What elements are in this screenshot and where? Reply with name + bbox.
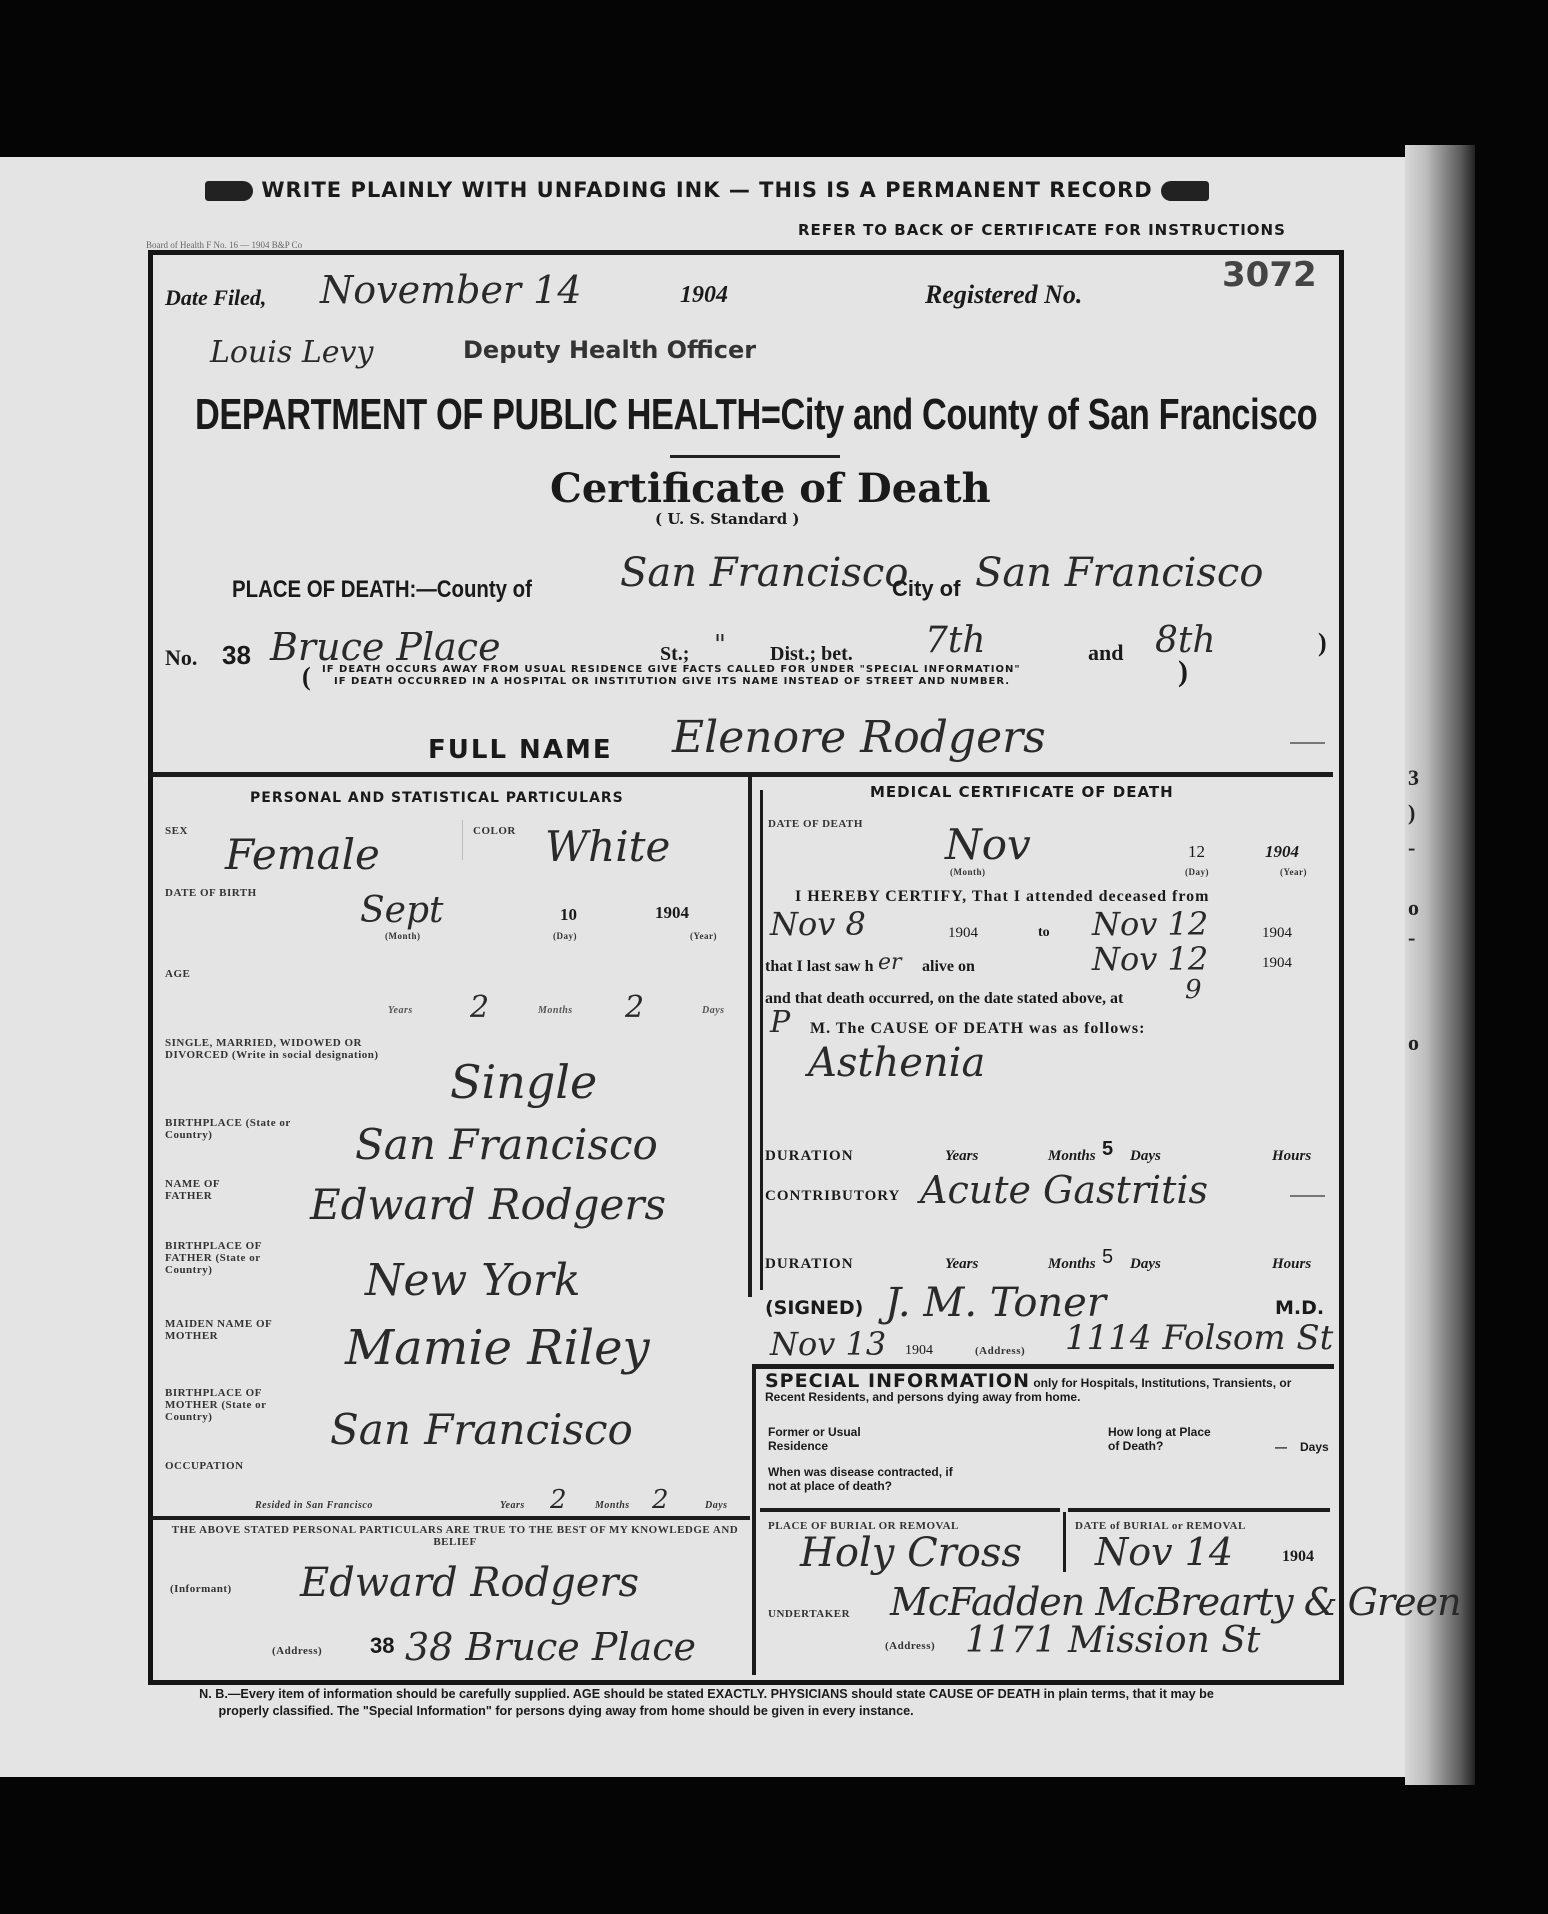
dod-year-caption: (Year) <box>1280 866 1307 878</box>
days-label: Days <box>1130 1256 1161 1273</box>
marital-value: Single <box>450 1055 597 1109</box>
informant-address-label: (Address) <box>272 1645 322 1657</box>
and-label: and <box>1088 640 1123 666</box>
color-label: COLOR <box>473 825 516 837</box>
registered-number: 3072 <box>1222 255 1317 295</box>
certify-statement: I HEREBY CERTIFY, That I attended deceas… <box>795 888 1209 906</box>
father-birthplace-value: New York <box>365 1255 581 1306</box>
between-street-1: 7th <box>925 620 986 661</box>
margin-mark: 3 <box>1408 765 1419 791</box>
occurred-statement: and that death occurred, on the date sta… <box>765 990 1123 1008</box>
department-title: DEPARTMENT OF PUBLIC HEALTH=City and Cou… <box>195 390 1317 440</box>
dob-label: DATE OF BIRTH <box>165 887 257 899</box>
years-label: Years <box>945 1148 978 1165</box>
section-divider <box>150 772 1333 777</box>
margin-mark: - <box>1408 835 1415 861</box>
mother-value: Mamie Riley <box>345 1320 650 1376</box>
registered-no-label: Registered No. <box>925 280 1082 310</box>
full-name-label: FULL NAME <box>428 735 613 765</box>
signed-date: Nov 13 <box>770 1325 886 1363</box>
am-pm: P <box>770 1005 790 1040</box>
attended-to: Nov 12 <box>1092 905 1208 943</box>
personal-heading: PERSONAL AND STATISTICAL PARTICULARS <box>250 790 624 806</box>
dob-month: Sept <box>360 890 443 931</box>
birthplace-value: San Francisco <box>355 1120 658 1169</box>
st-label: St.; <box>660 643 689 666</box>
last-saw-label: that I last saw h <box>765 958 873 976</box>
dob-year: 1904 <box>655 903 689 923</box>
resided-label: Resided in San Francisco <box>255 1500 373 1512</box>
street-no-label: No. <box>165 645 197 671</box>
margin-mark: o <box>1408 895 1419 921</box>
dob-day-caption: (Day) <box>553 930 577 942</box>
special-info-heading: SPECIAL INFORMATION <box>765 1370 1030 1392</box>
informant-statement: THE ABOVE STATED PERSONAL PARTICULARS AR… <box>170 1524 740 1548</box>
age-days-label: Days <box>702 1005 725 1017</box>
attended-from-year: 1904 <box>948 925 978 942</box>
hours-label: Hours <box>1272 1148 1311 1165</box>
occupation-label: OCCUPATION <box>165 1460 244 1472</box>
father-value: Edward Rodgers <box>310 1180 666 1229</box>
place-of-death-label: PLACE OF DEATH:—County of <box>232 576 532 604</box>
days-label: Days <box>1300 1440 1329 1454</box>
burial-place: Holy Cross <box>800 1530 1022 1576</box>
sex-label: SEX <box>165 825 188 837</box>
divider <box>462 820 463 860</box>
age-label: AGE <box>165 968 190 980</box>
burial-column-divider <box>1063 1512 1066 1572</box>
age-months-label: Months <box>538 1005 573 1017</box>
marital-label: SINGLE, MARRIED, WIDOWED OR DIVORCED (Wr… <box>165 1037 415 1061</box>
duration1-months: 5 <box>1102 1138 1113 1161</box>
section-divider <box>760 1508 1060 1512</box>
blank-line <box>1290 1195 1325 1197</box>
former-residence-label: Former or Usual Residence <box>768 1425 878 1453</box>
margin-mark: o <box>1408 1030 1419 1056</box>
father-label: NAME OF FATHER <box>165 1178 255 1202</box>
section-divider <box>752 1364 1334 1369</box>
color-value: White <box>545 822 670 871</box>
place-instructions: IF DEATH OCCURS AWAY FROM USUAL RESIDENC… <box>322 664 1021 688</box>
health-officer-title: Deputy Health Officer <box>463 336 756 364</box>
last-saw-year: 1904 <box>1262 955 1292 972</box>
resided-months: 2 <box>652 1485 669 1515</box>
signed-year: 1904 <box>905 1343 933 1359</box>
divider <box>670 455 840 458</box>
resided-years: 2 <box>550 1485 567 1515</box>
dob-day: 10 <box>560 905 577 925</box>
us-standard-label: ( U. S. Standard ) <box>655 510 800 528</box>
months-label: Months <box>1048 1256 1096 1273</box>
hours-label: Hours <box>1272 1256 1311 1273</box>
alive-on-label: alive on <box>922 958 975 976</box>
disease-contracted-label: When was disease contracted, if not at p… <box>768 1465 968 1493</box>
refer-instructions: REFER TO BACK OF CERTIFICATE FOR INSTRUC… <box>798 221 1286 239</box>
last-saw-pronoun: er <box>878 950 902 975</box>
street-number: 38 <box>222 640 251 671</box>
pointing-hand-icon <box>205 181 253 201</box>
months-label: Months <box>1048 1148 1096 1165</box>
dod-month-caption: (Month) <box>950 866 986 878</box>
mother-birthplace-value: San Francisco <box>330 1405 633 1454</box>
paren: ( <box>302 662 311 692</box>
mother-birthplace-label: BIRTHPLACE OF MOTHER (State or Country) <box>165 1387 305 1423</box>
footnote: N. B.—Every item of information should b… <box>170 1685 1237 1719</box>
margin-mark: - <box>1408 925 1415 951</box>
column-divider <box>752 1364 756 1675</box>
how-long-value: — <box>1275 1440 1287 1454</box>
undertaker-address-label: (Address) <box>885 1640 935 1652</box>
sex-value: Female <box>225 830 380 879</box>
medical-frame-left <box>760 790 763 1290</box>
contributory-label: CONTRIBUTORY <box>765 1188 900 1205</box>
cause-of-death: Asthenia <box>808 1040 985 1086</box>
informant-name: Edward Rodgers <box>300 1560 639 1606</box>
mother-label: MAIDEN NAME OF MOTHER <box>165 1318 305 1342</box>
duration-label: DURATION <box>765 1256 854 1273</box>
dob-month-caption: (Month) <box>385 930 421 942</box>
birthplace-label: BIRTHPLACE (State or Country) <box>165 1117 305 1141</box>
days-label: Days <box>1130 1148 1161 1165</box>
dist-between-label: Dist.; bet. <box>770 643 853 666</box>
attended-from: Nov 8 <box>770 905 866 943</box>
duration-label: DURATION <box>765 1148 854 1165</box>
city-value: San Francisco <box>975 550 1263 596</box>
father-birthplace-label: BIRTHPLACE OF FATHER (State or Country) <box>165 1240 305 1276</box>
years-label: Years <box>945 1256 978 1273</box>
resided-years-label: Years <box>500 1500 525 1512</box>
undertaker: McFadden McBrearty & Green <box>890 1580 1461 1624</box>
death-hour: 9 <box>1185 975 1202 1005</box>
certificate-title: Certificate of Death <box>550 465 991 512</box>
attended-to-year: 1904 <box>1262 925 1292 942</box>
paren: ) <box>1318 628 1327 658</box>
last-saw-date: Nov 12 <box>1092 940 1208 978</box>
section-divider <box>150 1516 750 1520</box>
dod-label: DATE OF DEATH <box>768 818 863 830</box>
permanent-record-warning: WRITE PLAINLY WITH UNFADING INK — THIS I… <box>205 178 1209 202</box>
age-years-label: Years <box>388 1005 413 1017</box>
duration2-months: 5 <box>1102 1246 1113 1269</box>
dod-day: 12 <box>1188 842 1205 862</box>
how-long-label: How long at Place of Death? <box>1108 1425 1218 1453</box>
full-name-value: Elenore Rodgers <box>672 712 1046 763</box>
st-value: " <box>714 630 726 660</box>
date-filed-label: Date Filed, <box>165 285 266 311</box>
medical-heading: MEDICAL CERTIFICATE OF DEATH <box>870 783 1174 801</box>
contributory-cause: Acute Gastritis <box>920 1168 1208 1212</box>
dod-day-caption: (Day) <box>1185 866 1209 878</box>
date-filed-year: 1904 <box>680 282 728 309</box>
undertaker-address: 1171 Mission St <box>965 1620 1260 1661</box>
ledger-page-edge <box>1405 145 1475 1785</box>
resided-days-label: Days <box>705 1500 728 1512</box>
special-info-block: SPECIAL INFORMATION only for Hospitals, … <box>765 1374 1330 1404</box>
informant-address: 38 Bruce Place <box>405 1625 696 1669</box>
section-divider <box>1068 1508 1330 1512</box>
dod-year: 1904 <box>1265 842 1299 862</box>
blank-line <box>1290 742 1325 744</box>
informant-label: (Informant) <box>170 1583 232 1595</box>
physician-address-label: (Address) <box>975 1345 1025 1357</box>
resided-months-label: Months <box>595 1500 630 1512</box>
pointing-hand-icon <box>1161 181 1209 201</box>
md-label: M.D. <box>1275 1297 1324 1319</box>
county-value: San Francisco <box>620 550 908 596</box>
undertaker-label: UNDERTAKER <box>768 1608 850 1620</box>
age-months-value: 2 <box>470 990 489 1025</box>
paren: ) <box>1178 655 1188 689</box>
physician-address: 1114 Folsom St <box>1065 1318 1333 1358</box>
signed-label: (SIGNED) <box>765 1297 863 1319</box>
dod-month: Nov <box>945 820 1031 869</box>
informant-address-number: 38 <box>370 1633 394 1659</box>
form-number: Board of Health F No. 16 — 1904 B&P Co <box>146 240 302 250</box>
margin-mark: ) <box>1408 800 1415 826</box>
age-days-value: 2 <box>625 990 644 1025</box>
column-divider <box>748 772 752 1297</box>
health-officer-signature: Louis Levy <box>210 335 373 370</box>
city-label: City of <box>892 576 960 602</box>
burial-date: Nov 14 <box>1095 1530 1233 1574</box>
to-label: to <box>1038 925 1050 941</box>
date-filed-value: November 14 <box>320 268 582 312</box>
cause-statement: M. The CAUSE OF DEATH was as follows: <box>810 1020 1145 1038</box>
dob-year-caption: (Year) <box>690 930 717 942</box>
burial-year: 1904 <box>1282 1548 1314 1566</box>
